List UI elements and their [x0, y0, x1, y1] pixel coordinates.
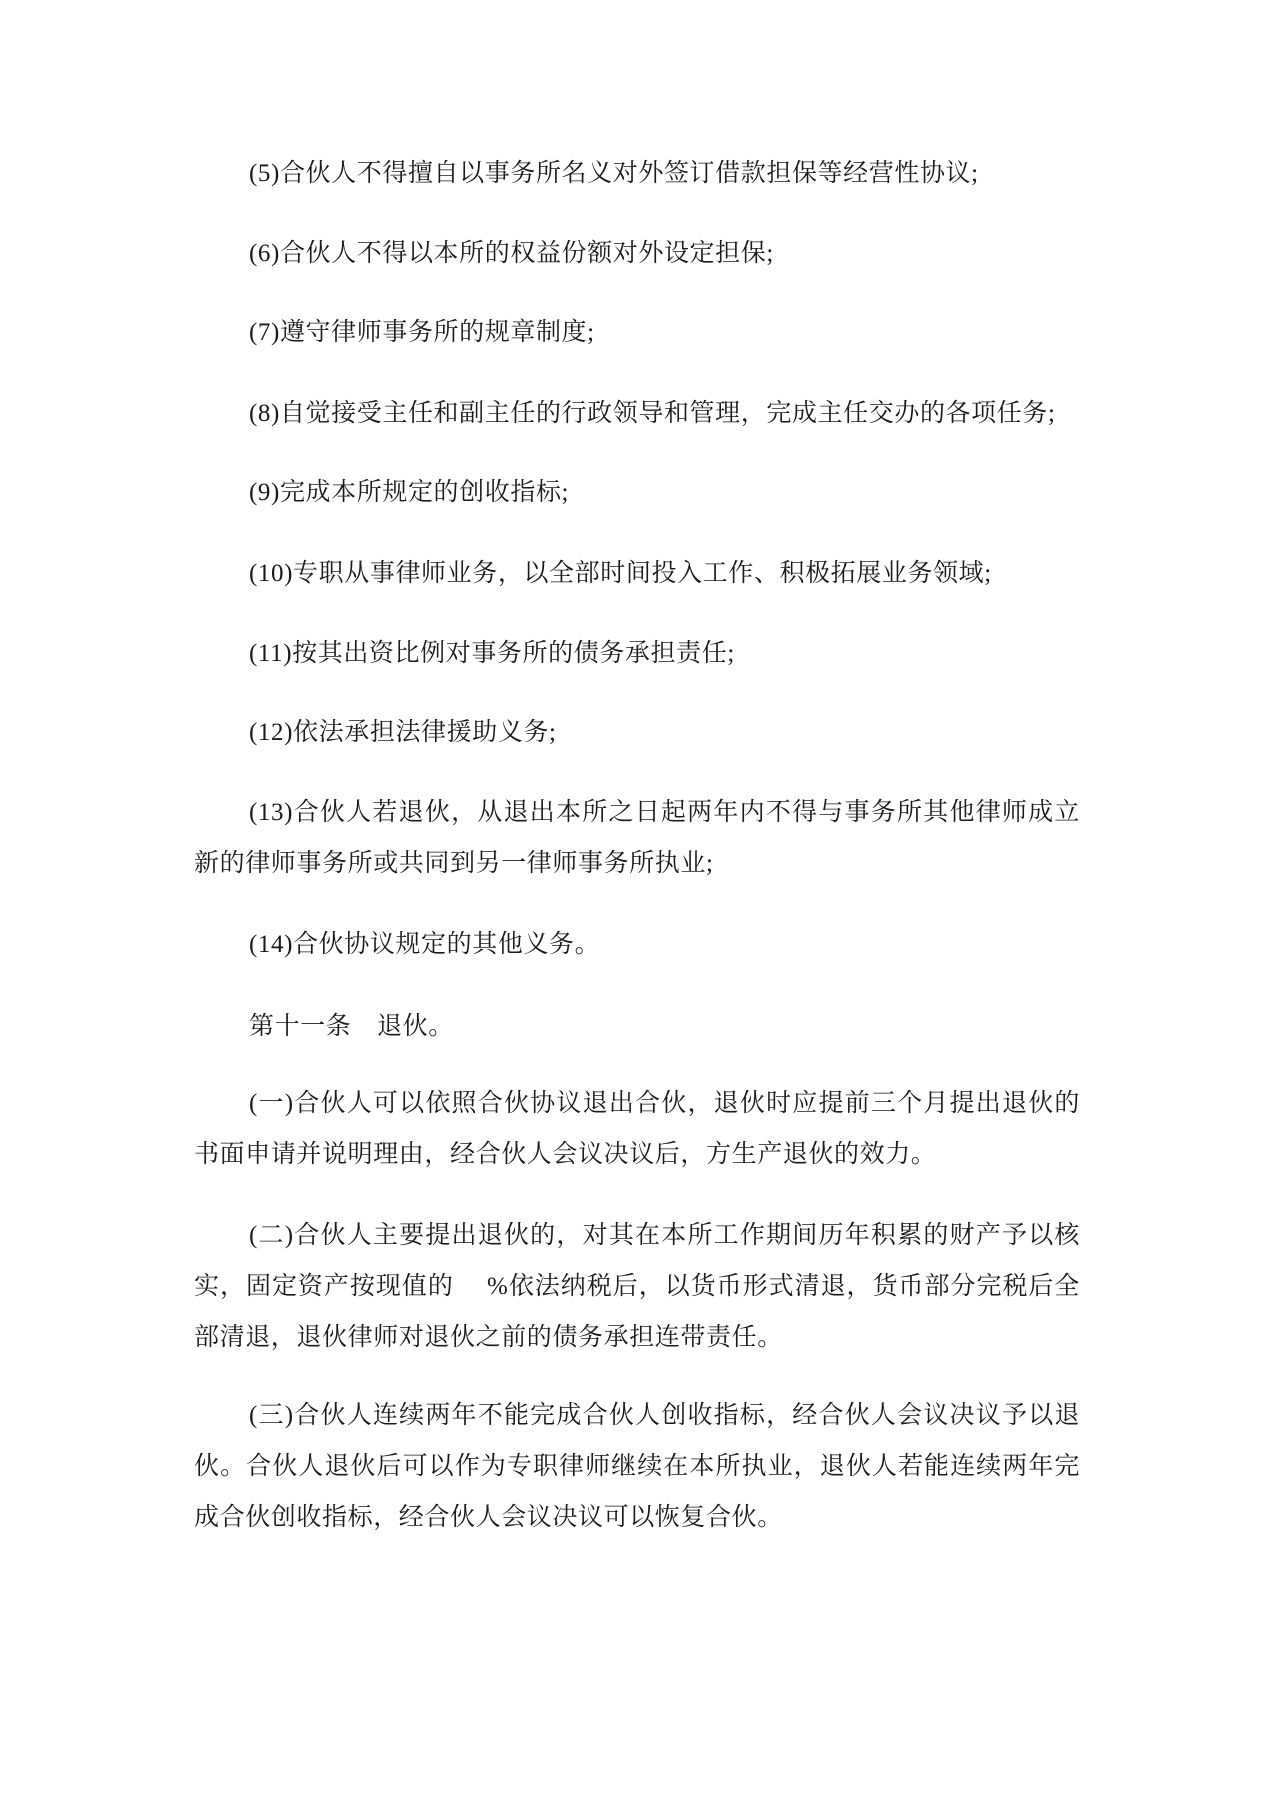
withdrawal-clause-1: (一)合伙人可以依照合伙协议退出合伙，退伙时应提前三个月提出退伙的书面申请并说明… — [194, 1078, 1080, 1180]
withdrawal-clause-2: (二)合伙人主要提出退伙的，对其在本所工作期间历年积累的财产予以核实，固定资产按… — [194, 1210, 1080, 1363]
obligation-item-9: (9)完成本所规定的创收指标; — [194, 467, 1080, 518]
obligation-item-5: (5)合伙人不得擅自以事务所名义对外签订借款担保等经营性协议; — [194, 148, 1080, 199]
obligation-item-6: (6)合伙人不得以本所的权益份额对外设定担保; — [194, 228, 1080, 279]
obligation-item-11: (11)按其出资比例对事务所的债务承担责任; — [194, 628, 1080, 679]
obligation-item-12: (12)依法承担法律援助义务; — [194, 707, 1080, 758]
article-heading: 第十一条 退伙。 — [194, 1001, 1080, 1052]
obligation-item-13: (13)合伙人若退伙，从退出本所之日起两年内不得与事务所其他律师成立新的律师事务… — [194, 787, 1080, 889]
obligation-item-8: (8)自觉接受主任和副主任的行政领导和管理，完成主任交办的各项任务; — [194, 388, 1080, 439]
obligation-item-7: (7)遵守律师事务所的规章制度; — [194, 307, 1080, 358]
obligation-item-14: (14)合伙协议规定的其他义务。 — [194, 919, 1080, 970]
withdrawal-clause-3: (三)合伙人连续两年不能完成合伙人创收指标，经合伙人会议决议予以退伙。合伙人退伙… — [194, 1390, 1080, 1543]
obligation-item-10: (10)专职从事律师业务，以全部时间投入工作、积极拓展业务领域; — [194, 548, 1080, 599]
